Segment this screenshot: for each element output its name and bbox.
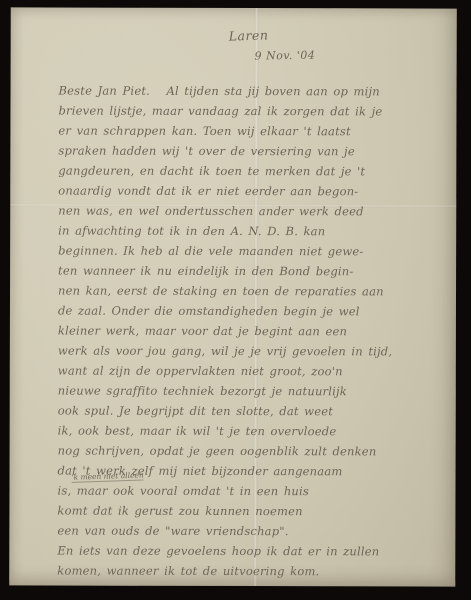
letter-line: komen, wanneer ik tot de uitvoering kom. bbox=[57, 561, 435, 582]
interline-insertion: 'k meen niet alleen bbox=[71, 472, 144, 483]
letter-lines: brieven lijstje, maar vandaag zal ik zor… bbox=[57, 101, 436, 582]
letter-line: want al zijn de oppervlakten niet groot,… bbox=[58, 361, 436, 382]
letter-line: er van schrappen kan. Toen wij elkaar 't… bbox=[58, 121, 436, 142]
letter-line: beginnen. Ik heb al die vele maanden nie… bbox=[58, 241, 436, 262]
letter-line: nog schrijven, opdat je geen oogenblik z… bbox=[58, 441, 436, 462]
letter-body: Beste Jan Piet. Al tijden sta jij boven … bbox=[57, 81, 436, 582]
letter-line: spraken hadden wij 't over de versiering… bbox=[58, 141, 436, 162]
letter-line: kleiner werk, maar voor dat je begint aa… bbox=[58, 321, 436, 342]
letter-line: in afwachting tot ik in den A. N. D. B. … bbox=[58, 221, 436, 242]
letter-line: werk als voor jou gang, wil je je vrij g… bbox=[58, 341, 436, 362]
letter-line: gangdeuren, en dacht ik toen te merken d… bbox=[58, 161, 436, 182]
letter-line: een van ouds de "ware vriendschap". bbox=[57, 521, 435, 542]
letter-salutation: Beste Jan Piet. bbox=[59, 81, 151, 101]
letter-line: nen was, en wel ondertusschen ander werk… bbox=[58, 201, 436, 222]
letter-line-first: Beste Jan Piet. Al tijden sta jij boven … bbox=[59, 81, 437, 102]
letter-line: ik, ook best, maar ik wil 't je ten over… bbox=[58, 421, 436, 442]
letter-line: ten wanneer ik nu eindelijk in den Bond … bbox=[58, 261, 436, 282]
letter-date: 9 Nov. '04 bbox=[255, 49, 316, 63]
letter-line: onaardig vondt dat ik er niet eerder aan… bbox=[58, 181, 436, 202]
letter-line: nen kan, eerst de staking en toen de rep… bbox=[58, 281, 436, 302]
letter-line: ook spul. Je begrijpt dit ten slotte, da… bbox=[58, 401, 436, 422]
letter-line: nieuwe sgraffito techniek bezorgt je nat… bbox=[58, 381, 436, 402]
letter-line: 'k meen niet alleenis, maar ook vooral o… bbox=[57, 481, 435, 502]
letter-line: brieven lijstje, maar vandaag zal ik zor… bbox=[58, 101, 436, 122]
letter-page: Laren 9 Nov. '04 Beste Jan Piet. Al tijd… bbox=[9, 7, 457, 586]
letter-place: Laren bbox=[228, 27, 268, 43]
photo-background: Laren 9 Nov. '04 Beste Jan Piet. Al tijd… bbox=[0, 0, 471, 600]
letter-line: komt dat ik gerust zou kunnen noemen bbox=[57, 501, 435, 522]
letter-line: En iets van deze gevoelens hoop ik dat e… bbox=[57, 541, 435, 562]
letter-opening-line: Al tijden sta jij boven aan op mijn bbox=[166, 81, 379, 102]
letter-line: de zaal. Onder die omstandigheden begin … bbox=[58, 301, 436, 322]
